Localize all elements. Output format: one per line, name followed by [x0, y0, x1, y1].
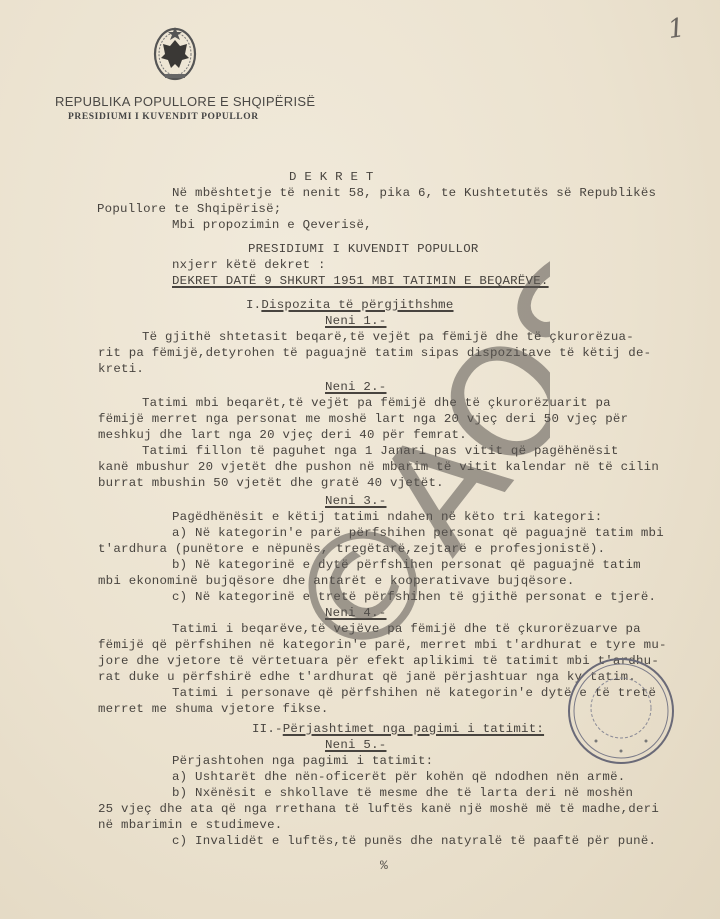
state-emblem-icon	[150, 24, 200, 82]
article-5-heading: Neni 5.-	[325, 738, 387, 752]
footer-mark: %	[380, 858, 388, 873]
article-line: Tatimi fillon të paguhet nga 1 Janari pa…	[142, 444, 619, 458]
article-line: a) Në kategorin'e parë përfshihen person…	[172, 526, 664, 540]
letterhead-title: REPUBLIKA POPULLORE E SHQIPËRISË	[55, 94, 315, 109]
article-line: rit pa fëmijë,detyrohen të paguajnë tati…	[98, 346, 651, 360]
decree-title: DEKRET DATË 9 SHKURT 1951 MBI TATIMIN E …	[172, 274, 549, 288]
article-line: Pagëdhënësit e këtij tatimi ndahen në kë…	[172, 510, 602, 524]
article-3-heading: Neni 3.-	[325, 494, 387, 508]
document-page: 1 REPUBLIKA POPULLORE E SHQIPËRISË PRESI…	[0, 0, 720, 919]
page-number: 1	[666, 13, 687, 45]
preamble-line: Mbi propozimin e Qeverisë,	[172, 218, 372, 232]
issuer: PRESIDIUMI I KUVENDIT POPULLOR	[248, 242, 479, 256]
article-line: 25 vjeç dhe ata që nga rrethana të luftë…	[98, 802, 659, 816]
article-line: jore dhe vjetore të vërtetuara për efekt…	[98, 654, 659, 668]
article-line: a) Ushtarët dhe nën-oficerët për kohën q…	[172, 770, 625, 784]
letterhead-subtitle: PRESIDIUMI I KUVENDIT POPULLOR	[68, 112, 259, 122]
issues-statement: nxjerr këtë dekret :	[172, 258, 326, 272]
article-2-heading: Neni 2.-	[325, 380, 387, 394]
article-line: kanë mbushur 20 vjetët dhe pushon në mba…	[98, 460, 659, 474]
article-line: kreti.	[98, 362, 144, 376]
article-line: Tatimi i personave që përfshihen në kate…	[172, 686, 656, 700]
preamble-line: Në mbështetje të nenit 58, pika 6, te Ku…	[172, 186, 656, 200]
article-line: Tatimi i beqarëve,të vejëve pa fëmijë dh…	[172, 622, 641, 636]
article-line: Të gjithë shtetasit beqarë,të vejët pa f…	[142, 330, 634, 344]
decree-heading: D E K R E T	[289, 170, 374, 184]
article-line: t'ardhura (punëtore e nëpunës, tregëtarë…	[98, 542, 605, 556]
section-2-heading: II.-Përjashtimet nga pagimi i tatimit:	[252, 722, 544, 736]
article-line: meshkuj dhe lart nga 20 vjeç deri 40 për…	[98, 428, 467, 442]
article-line: burrat mbushin 50 vjetët dhe gratë 40 vj…	[98, 476, 444, 490]
preamble-line: Popullore te Shqipërisë;	[97, 202, 281, 216]
article-line: fëmijë merret nga personat me moshë lart…	[98, 412, 628, 426]
article-line: Tatimi mbi beqarët,të vejët pa fëmijë dh…	[142, 396, 611, 410]
article-1-heading: Neni 1.-	[325, 314, 387, 328]
article-line: Përjashtohen nga pagimi i tatimit:	[172, 754, 433, 768]
article-4-heading: Neni 4.-	[325, 606, 387, 620]
article-line: b) Në kategorinë e dytë përfshihen perso…	[172, 558, 641, 572]
article-line: mbi ekonominë bujqësore dhe antarët e ko…	[98, 574, 575, 588]
article-line: b) Nxënësit e shkollave të mesme dhe të …	[172, 786, 633, 800]
article-line: fëmijë që përfshihen në kategorin'e parë…	[98, 638, 667, 652]
section-1-heading: I.Dispozita të përgjithshme	[246, 298, 454, 312]
article-line: merret me shuma vjetore fikse.	[98, 702, 329, 716]
article-line: c) Në kategorinë e tretë përfshihen të g…	[172, 590, 656, 604]
article-line: c) Invalidët e luftës,të punës dhe natyr…	[172, 834, 656, 848]
article-line: në mbarimin e studimeve.	[98, 818, 282, 832]
article-line: rat duke u përfshirë edhe t'ardhurat që …	[98, 670, 636, 684]
